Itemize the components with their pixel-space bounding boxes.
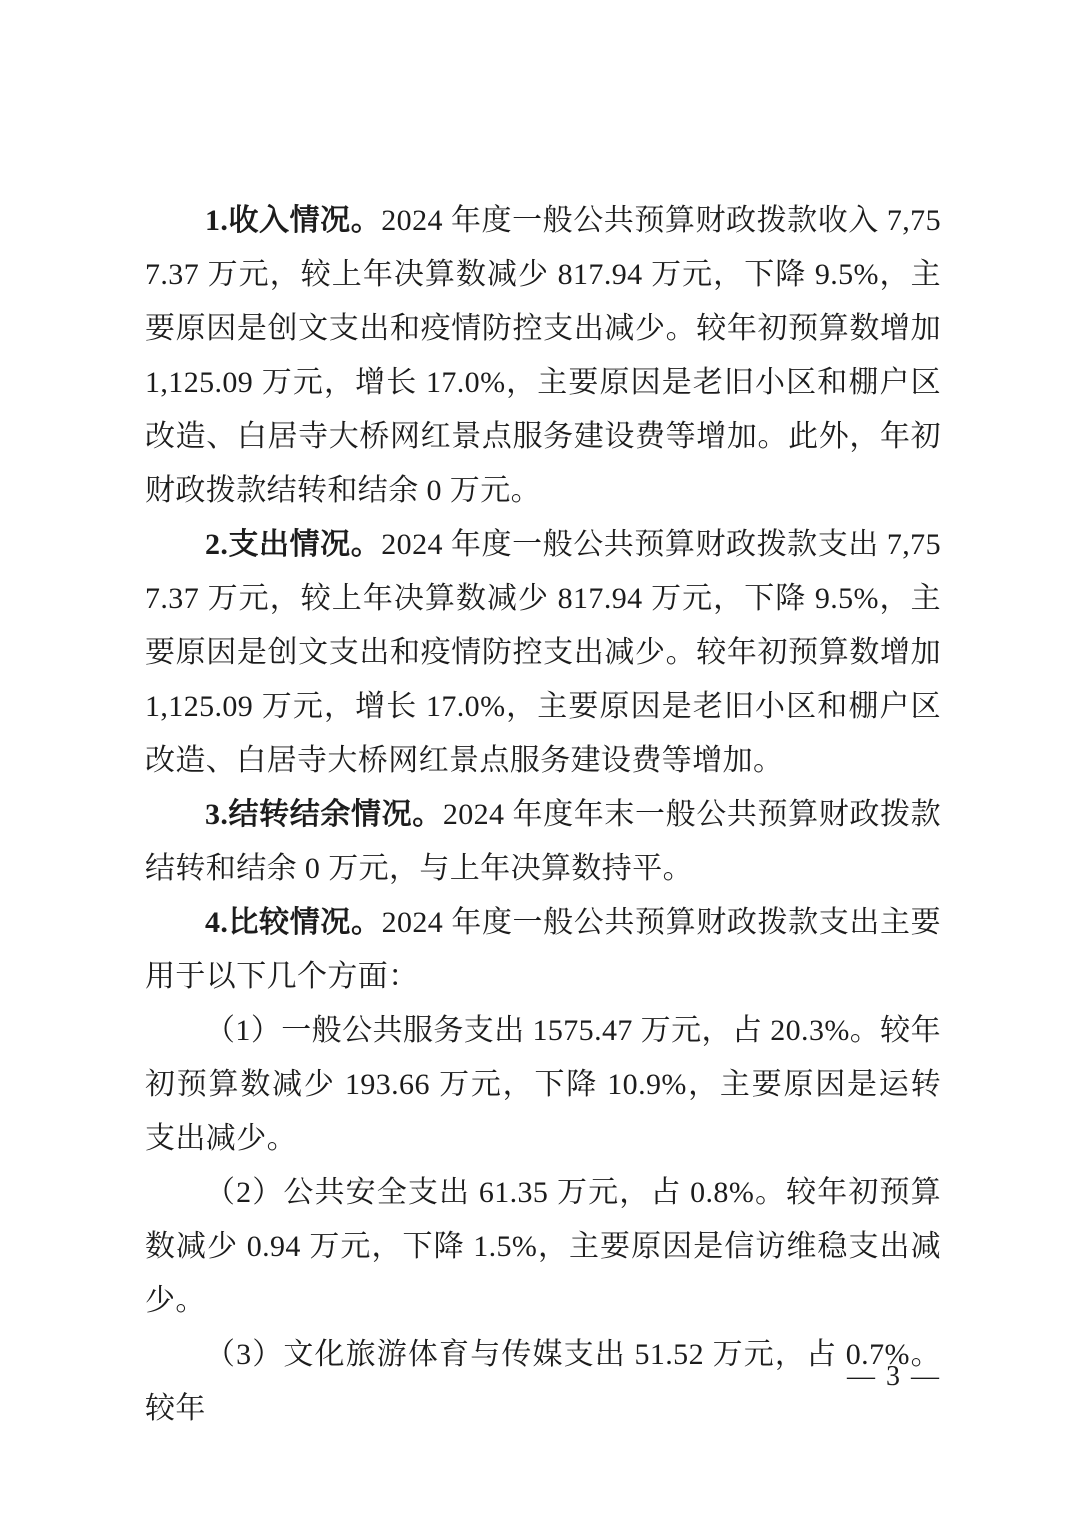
- paragraph-income-text: 2024 年度一般公共预算财政拨款收入 7,757.37 万元，较上年决算数减少…: [145, 204, 941, 507]
- paragraph-expenditure-heading: 2.支出情况。: [205, 528, 381, 561]
- paragraph-expenditure: 2.支出情况。2024 年度一般公共预算财政拨款支出 7,757.37 万元，较…: [145, 518, 941, 788]
- paragraph-item-1-text: （1）一般公共服务支出 1575.47 万元，占 20.3%。较年初预算数减少 …: [145, 1014, 941, 1155]
- paragraph-carryover-heading: 3.结转结余情况。: [205, 798, 443, 831]
- paragraph-income: 1.收入情况。2024 年度一般公共预算财政拨款收入 7,757.37 万元，较…: [145, 194, 941, 518]
- paragraph-item-2-text: （2）公共安全支出 61.35 万元，占 0.8%。较年初预算数减少 0.94 …: [145, 1176, 941, 1317]
- paragraph-expenditure-text: 2024 年度一般公共预算财政拨款支出 7,757.37 万元，较上年决算数减少…: [145, 528, 941, 777]
- paragraph-item-2-public-safety: （2）公共安全支出 61.35 万元，占 0.8%。较年初预算数减少 0.94 …: [145, 1166, 941, 1328]
- document-page: 1.收入情况。2024 年度一般公共预算财政拨款收入 7,757.37 万元，较…: [0, 0, 1074, 1520]
- paragraph-carryover: 3.结转结余情况。2024 年度年末一般公共预算财政拨款结转和结余 0 万元，与…: [145, 788, 941, 896]
- document-body: 1.收入情况。2024 年度一般公共预算财政拨款收入 7,757.37 万元，较…: [145, 194, 941, 1436]
- paragraph-income-heading: 1.收入情况。: [205, 204, 381, 237]
- page-number: — 3 —: [145, 1360, 941, 1394]
- paragraph-comparison: 4.比较情况。2024 年度一般公共预算财政拨款支出主要用于以下几个方面：: [145, 896, 941, 1004]
- paragraph-comparison-heading: 4.比较情况。: [205, 906, 382, 939]
- paragraph-item-1-general-public-services: （1）一般公共服务支出 1575.47 万元，占 20.3%。较年初预算数减少 …: [145, 1004, 941, 1166]
